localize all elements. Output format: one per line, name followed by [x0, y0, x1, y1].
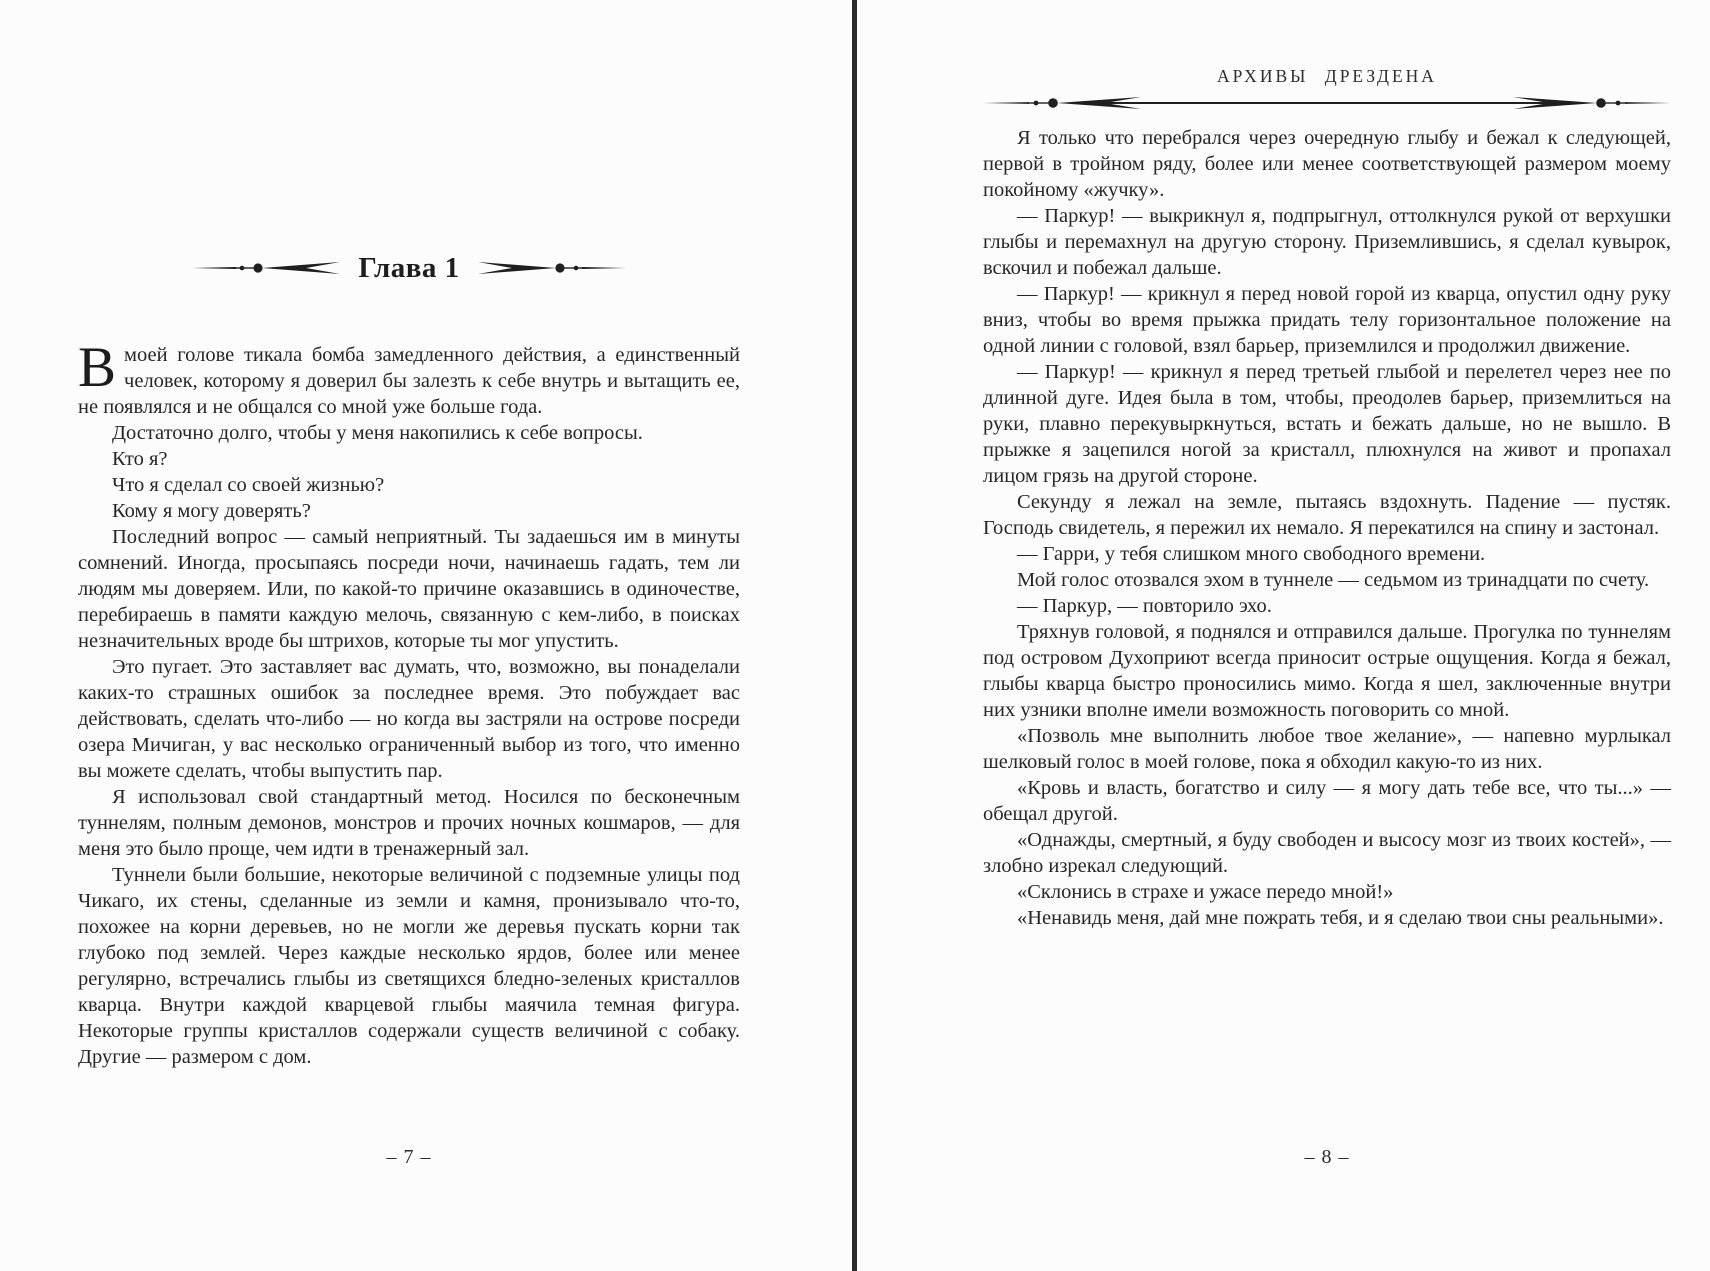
running-head: АРХИВЫ ДРЕЗДЕНА — [983, 0, 1671, 112]
paragraph: Это пугает. Это заставляет вас думать, ч… — [78, 654, 740, 784]
running-head-line — [1143, 102, 1511, 104]
chapter-title: Глава 1 — [358, 252, 459, 285]
paragraph: Что я сделал со своей жизнью? — [78, 472, 740, 498]
book-spread: { "book": { "running_head": "АРХИВЫ ДРЕЗ… — [0, 0, 1710, 1271]
paragraph: «Однажды, смертный, я буду свободен и вы… — [983, 827, 1671, 879]
drop-cap: В — [78, 342, 124, 392]
paragraph: Кому я могу доверять? — [78, 498, 740, 524]
paragraph: Туннели были большие, некоторые величино… — [78, 862, 740, 1070]
left-page: Глава 1 Вмоей голове тикала бомба замедл… — [78, 0, 740, 1271]
paragraph: — Паркур! — крикнул я перед третьей глыб… — [983, 359, 1671, 489]
right-page-body: Я только что перебрался через очередную … — [983, 125, 1671, 931]
chapter-ornament-right-icon — [476, 260, 626, 276]
right-page: АРХИВЫ ДРЕЗДЕНА — [983, 0, 1671, 1271]
paragraph: «Позволь мне выполнить любое твое желани… — [983, 723, 1671, 775]
page-gutter-divider — [852, 0, 857, 1271]
paragraph: Секунду я лежал на земле, пытаясь вздохн… — [983, 489, 1671, 541]
paragraph: Вмоей голове тикала бомба замедленного д… — [78, 342, 740, 420]
paragraph: Я только что перебрался через очередную … — [983, 125, 1671, 203]
paragraph: «Склонись в страхе и ужасе передо мной!» — [983, 879, 1671, 905]
paragraph: Последний вопрос — самый неприятный. Ты … — [78, 524, 740, 654]
paragraph: «Кровь и власть, богатство и силу — я мо… — [983, 775, 1671, 827]
chapter-ornament-left-icon — [192, 260, 342, 276]
paragraph: Я использовал свой стандартный метод. Но… — [78, 784, 740, 862]
rule-ornament-right-icon — [1511, 94, 1671, 112]
paragraph: — Паркур! — выкрикнул я, подпрыгнул, отт… — [983, 203, 1671, 281]
paragraph: — Паркур, — повторило эхо. — [983, 593, 1671, 619]
paragraph: Тряхнув головой, я поднялся и отправился… — [983, 619, 1671, 723]
paragraph: Кто я? — [78, 446, 740, 472]
paragraph: Достаточно долго, чтобы у меня накопилис… — [78, 420, 740, 446]
running-head-title: АРХИВЫ ДРЕЗДЕНА — [983, 66, 1671, 87]
paragraph: — Гарри, у тебя слишком много свободного… — [983, 541, 1671, 567]
page-number: – 8 – — [983, 1146, 1671, 1169]
chapter-heading: Глава 1 — [78, 250, 740, 286]
rule-ornament-left-icon — [983, 94, 1143, 112]
running-head-rule — [983, 94, 1671, 112]
paragraph: — Паркур! — крикнул я перед новой горой … — [983, 281, 1671, 359]
left-page-body: Вмоей голове тикала бомба замедленного д… — [78, 342, 740, 1070]
page-number: – 7 – — [78, 1146, 740, 1169]
paragraph: «Ненавидь меня, дай мне пожрать тебя, и … — [983, 905, 1671, 931]
paragraph-text: моей голове тикала бомба замедленного де… — [78, 344, 740, 418]
paragraph: Мой голос отозвался эхом в туннеле — сед… — [983, 567, 1671, 593]
